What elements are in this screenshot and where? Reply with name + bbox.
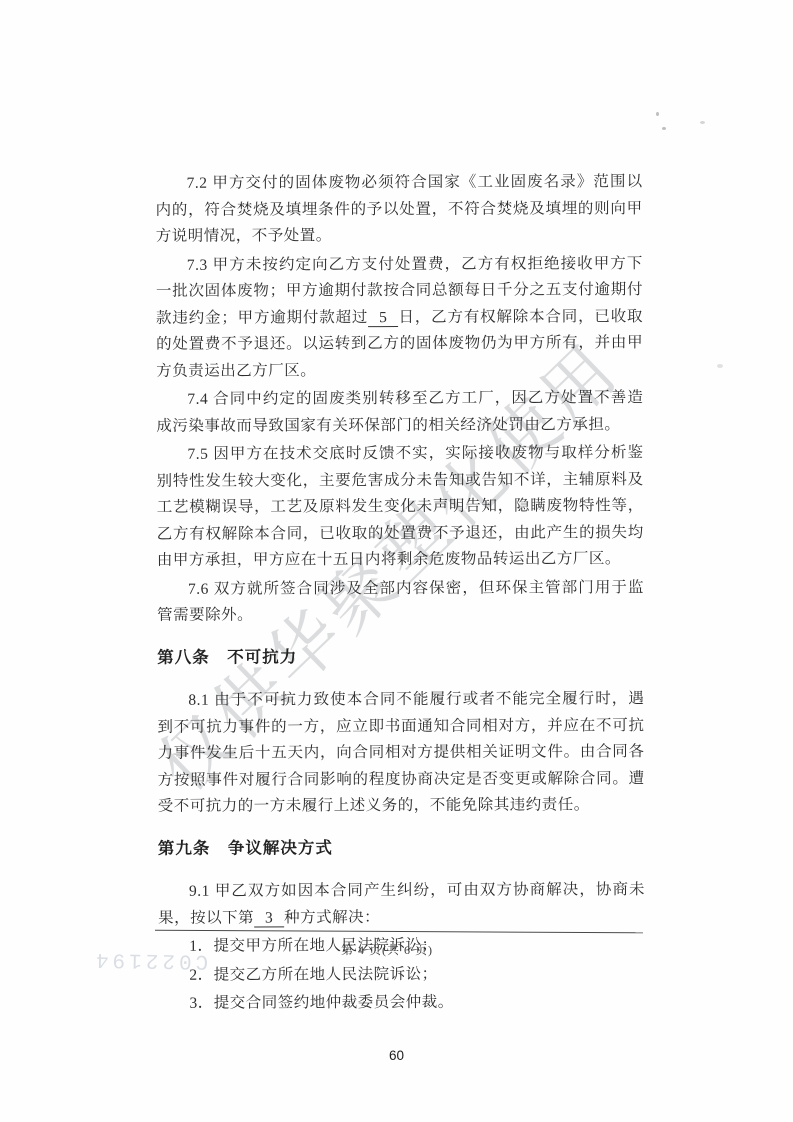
- scan-speck: [662, 127, 666, 130]
- article-8-heading: 第八条 不可抗力: [157, 643, 644, 671]
- clause-7-3: 7.3 甲方未按约定向乙方支付处置费，乙方有权拒绝接收甲方下一批次固体废物；甲方…: [156, 251, 643, 385]
- dispute-option-3: 3．提交合同签约地仲裁委员会仲裁。: [158, 989, 645, 1017]
- dispute-method-blank: 3: [254, 910, 284, 927]
- clause-8-1: 8.1 由于不可抗力致使本合同不能履行或者不能完全履行时，遇到不可抗力事件的一方…: [157, 686, 644, 820]
- clause-9-1-pre: 9.1 甲乙双方如因本合同产生纠纷，可由双方协商解决，协商未果，按以下第: [158, 881, 645, 926]
- dispute-option-2: 2．提交乙方所在地人民法院诉讼；: [158, 961, 645, 989]
- clause-7-6: 7.6 双方就所签合同涉及全部内容保密，但环保主管部门用于监管需要除外。: [157, 575, 644, 630]
- clause-7-4: 7.4 合同中约定的固废类别转移至乙方工厂，因乙方处置不善造成污染事故而导致国家…: [156, 385, 643, 440]
- clause-9-1: 9.1 甲乙双方如因本合同产生纠纷，可由双方协商解决，协商未果，按以下第3种方式…: [158, 877, 645, 932]
- scan-speck: [700, 121, 705, 124]
- scanned-contract-page: 仅供华聚塑化使用 7.2 甲方交付的固体废物必须符合国家《工业固废名录》范围以内…: [0, 0, 793, 1122]
- scan-speck: [717, 364, 723, 368]
- clause-7-5: 7.5 因甲方在技术交底时反馈不实，实际接收废物与取样分析鉴别特性发生较大变化，…: [156, 440, 643, 574]
- footer-page-label: 第 4 页(共 6 页): [157, 941, 617, 958]
- article-9-heading: 第九条 争议解决方式: [158, 834, 645, 862]
- faint-stamp-number: C022194: [92, 947, 209, 972]
- overdue-days-blank: 5: [368, 310, 398, 327]
- scan-speck: [656, 112, 659, 116]
- contract-text-block: 7.2 甲方交付的固体废物必须符合国家《工业固废名录》范围以内的，符合焚烧及填埋…: [156, 169, 646, 1019]
- clause-9-1-post: 种方式解决：: [284, 909, 380, 926]
- pdf-page-number: 60: [0, 1048, 793, 1063]
- clause-7-2: 7.2 甲方交付的固体废物必须符合国家《工业固废名录》范围以内的，符合焚烧及填埋…: [156, 169, 643, 250]
